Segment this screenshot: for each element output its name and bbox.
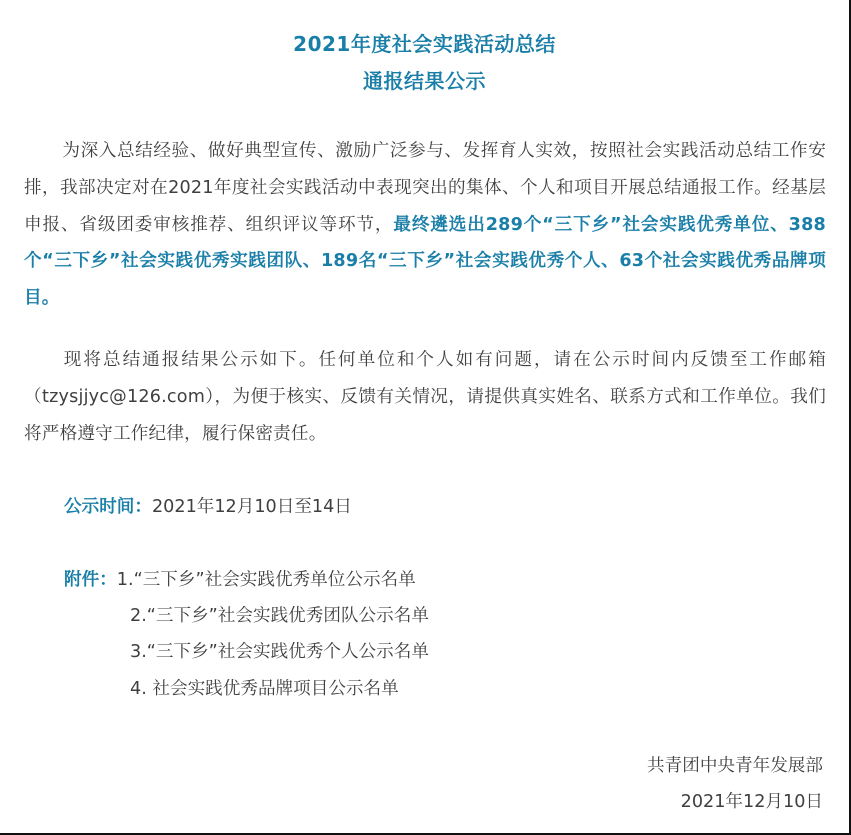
signature-date: 2021年12月10日	[681, 788, 823, 813]
publicity-period: 公示时间：2021年12月10日至14日	[64, 493, 352, 518]
publicity-period-label: 公示时间：	[64, 497, 152, 517]
feedback-paragraph: 现将总结通报结果公示如下。任何单位和个人如有问题，请在公示时间内反馈至工作邮箱（…	[24, 342, 826, 452]
document-title: 2021年度社会实践活动总结	[0, 28, 849, 57]
attachments-block: 附件：1.“三下乡”社会实践优秀单位公示名单	[64, 566, 416, 591]
feedback-text: 现将总结通报结果公示如下。任何单位和个人如有问题，请在公示时间内反馈至工作邮箱（…	[24, 350, 826, 444]
document-subtitle: 通报结果公示	[0, 65, 849, 94]
signature-organization: 共青团中央青年发展部	[647, 752, 823, 777]
publicity-period-value: 2021年12月10日至14日	[152, 497, 352, 517]
attachment-item: 4. 社会实践优秀品牌项目公示名单	[130, 675, 399, 700]
attachments-label: 附件：	[64, 570, 117, 590]
attachment-item: 1.“三下乡”社会实践优秀单位公示名单	[117, 570, 416, 590]
notice-document: 2021年度社会实践活动总结 通报结果公示 为深入总结经验、做好典型宣传、激励广…	[0, 0, 851, 835]
intro-paragraph: 为深入总结经验、做好典型宣传、激励广泛参与、发挥育人实效，按照社会实践活动总结工…	[24, 133, 826, 317]
attachment-item: 3.“三下乡”社会实践优秀个人公示名单	[130, 638, 429, 663]
attachment-item: 2.“三下乡”社会实践优秀团队公示名单	[130, 602, 429, 627]
